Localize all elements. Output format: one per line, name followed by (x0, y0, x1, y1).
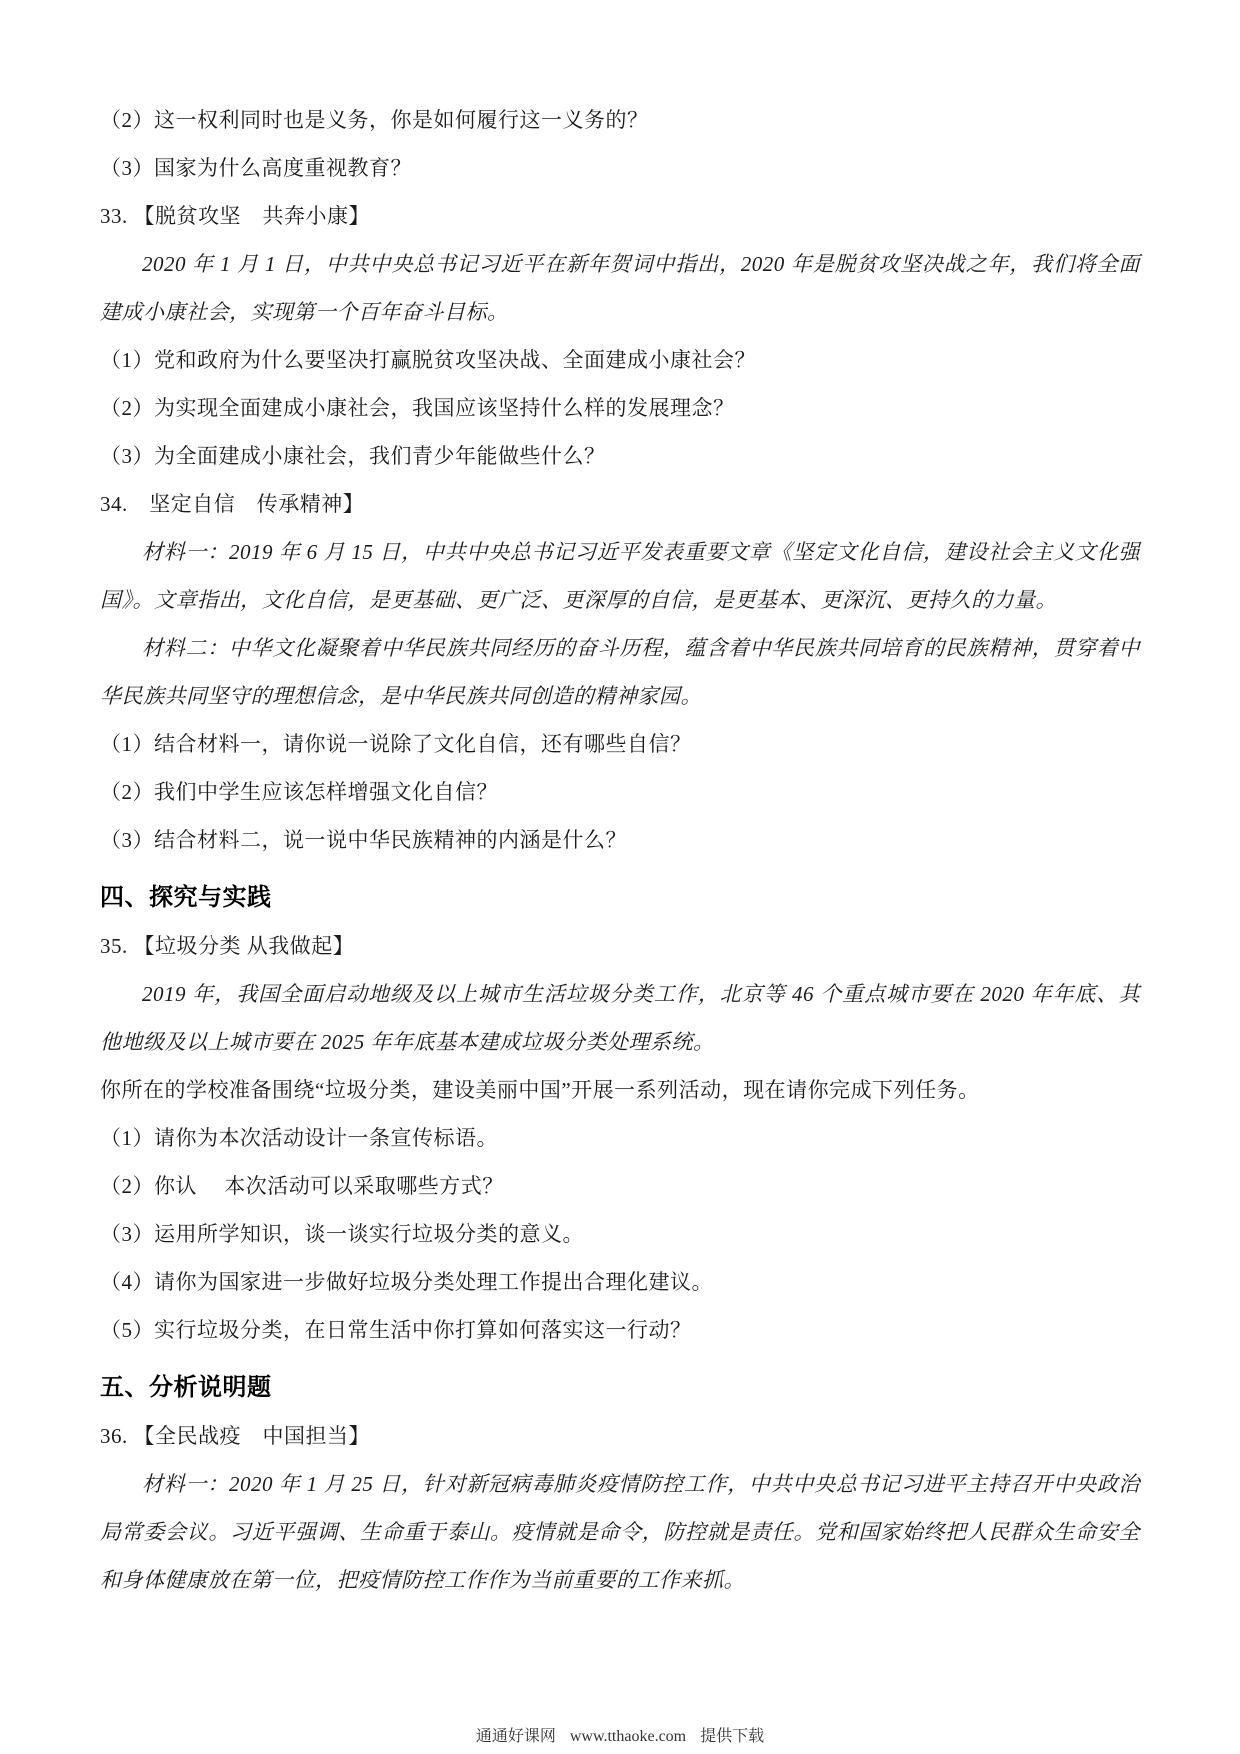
page-footer: 通通好课网www.tthaoke.com提供下载 (0, 1723, 1240, 1746)
material-paragraph: 2019 年，我国全面启动地级及以上城市生活垃圾分类工作，北京等 46 个重点城… (100, 970, 1140, 1066)
material-paragraph: 2020 年 1 月 1 日，中共中央总书记习近平在新年贺词中指出，2020 年… (100, 240, 1140, 336)
material-paragraph: 材料二：中华文化凝聚着中华民族共同经历的奋斗历程，蕴含着中华民族共同培育的民族精… (100, 624, 1140, 720)
footer-site-name: 通通好课网 (476, 1728, 556, 1745)
section-heading: 五、分析说明题 (100, 1364, 1140, 1412)
item-heading: 34. 坚定自信 传承精神】 (100, 480, 1140, 528)
section-heading: 四、探究与实践 (100, 874, 1140, 922)
material-paragraph: 材料一：2019 年 6 月 15 日，中共中央总书记习近平发表重要文章《坚定文… (100, 528, 1140, 624)
question-line: （1）结合材料一，请你说一说除了文化自信，还有哪些自信？ (100, 720, 1140, 768)
material-paragraph: 材料一：2020 年 1 月 25 日，针对新冠病毒肺炎疫情防控工作，中共中央总… (100, 1460, 1140, 1604)
question-line: （5）实行垃圾分类，在日常生活中你打算如何落实这一行动？ (100, 1306, 1140, 1354)
intro-line: 你所在的学校准备围绕“垃圾分类，建设美丽中国”开展一系列活动，现在请你完成下列任… (100, 1066, 1140, 1114)
item-heading: 33. 【脱贫攻坚 共奔小康】 (100, 192, 1140, 240)
footer-download-note: 提供下载 (700, 1728, 764, 1745)
item-heading: 36. 【全民战疫 中国担当】 (100, 1412, 1140, 1460)
question-line: （2）我们中学生应该怎样增强文化自信？ (100, 768, 1140, 816)
item-heading: 35. 【垃圾分类 从我做起】 (100, 922, 1140, 970)
exam-document: （2）这一权利同时也是义务，你是如何履行这一义务的？（3）国家为什么高度重视教育… (100, 96, 1140, 1604)
question-line: （2）为实现全面建成小康社会，我国应该坚持什么样的发展理念？ (100, 384, 1140, 432)
footer-url: www.tthaoke.com (570, 1728, 686, 1745)
question-line: （3）国家为什么高度重视教育？ (100, 144, 1140, 192)
question-line: （2）这一权利同时也是义务，你是如何履行这一义务的？ (100, 96, 1140, 144)
question-line: （4）请你为国家进一步做好垃圾分类处理工作提出合理化建议。 (100, 1258, 1140, 1306)
question-line: （3）结合材料二，说一说中华民族精神的内涵是什么？ (100, 816, 1140, 864)
question-line: （2）你认 本次活动可以采取哪些方式？ (100, 1162, 1140, 1210)
question-line: （1）党和政府为什么要坚决打赢脱贫攻坚决战、全面建成小康社会？ (100, 336, 1140, 384)
question-line: （3）为全面建成小康社会，我们青少年能做些什么？ (100, 432, 1140, 480)
question-line: （3）运用所学知识，谈一谈实行垃圾分类的意义。 (100, 1210, 1140, 1258)
question-line: （1）请你为本次活动设计一条宣传标语。 (100, 1114, 1140, 1162)
